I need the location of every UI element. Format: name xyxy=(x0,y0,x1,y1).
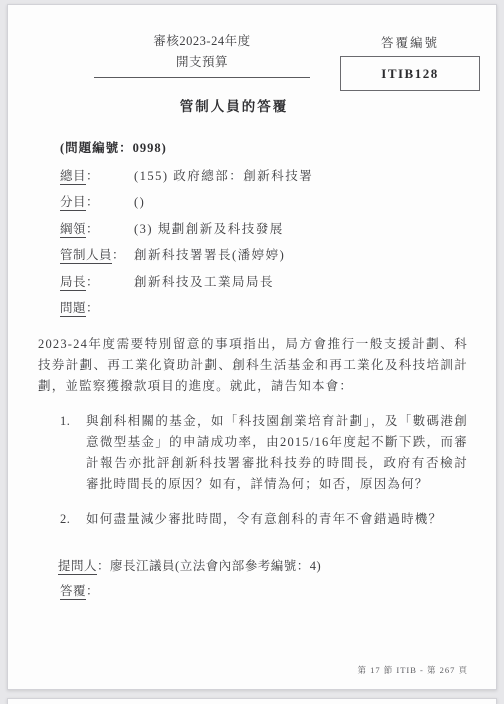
colon: ： xyxy=(86,169,99,183)
exam-title-line1: 審核2023-24年度 xyxy=(94,31,310,52)
document-title: 管制人員的答覆 xyxy=(8,95,460,115)
field-label-subhead: 分目 xyxy=(60,195,86,211)
field-list: 總目： (155) 政府總部：創新科技署 分目： () 綱領： (3) 規劃創新… xyxy=(8,169,496,316)
field-label-head: 總目 xyxy=(60,169,86,185)
asker-value: 廖長江議員(立法會內部參考編號：4) xyxy=(110,559,321,573)
colon: ： xyxy=(86,275,99,289)
question-item-1: 1. 與創科相關的基金，如「科技園創業培育計劃」，及「數碼港創意微型基金」的申請… xyxy=(60,411,468,495)
question-item-2-number: 2. xyxy=(60,509,86,530)
colon: ： xyxy=(97,559,110,573)
question-section-label-row: 問題： xyxy=(8,301,496,315)
field-row-director-of-bureau: 局長： 創新科技及工業局局長 xyxy=(8,275,496,289)
reply-label: 答覆 xyxy=(60,584,86,600)
asker-row: 提問人：廖長江議員(立法會內部參考編號：4) xyxy=(58,557,496,575)
field-row-subhead: 分目： () xyxy=(8,195,496,209)
colon: ： xyxy=(112,248,125,262)
exam-title-line2: 開支預算 xyxy=(94,52,310,73)
field-row-controlling-officer: 管制人員： 創新科技署署長(潘婷婷) xyxy=(8,248,496,262)
field-value-programme: (3) 規劃創新及科技發展 xyxy=(134,222,284,236)
reply-row: 答覆： xyxy=(60,582,496,600)
field-value-subhead: () xyxy=(134,195,145,209)
page-footer: 第 17 節 ITIB - 第 267 頁 xyxy=(358,664,468,676)
field-row-programme: 綱領： (3) 規劃創新及科技發展 xyxy=(8,222,496,236)
question-item-2-text: 如何盡量減少審批時間，令有意創科的青年不會錯過時機？ xyxy=(86,509,442,530)
question-intro-paragraph: 2023-24年度需要特別留意的事項指出，局方會推行一般支援計劃、科技券計劃、再… xyxy=(38,334,468,397)
colon: ： xyxy=(86,195,99,209)
question-number: (問題編號：0998) xyxy=(60,138,496,156)
question-item-1-number: 1. xyxy=(60,411,86,495)
reply-serial-block: 答覆編號 ITIB128 xyxy=(340,35,480,91)
next-page-edge xyxy=(7,698,497,704)
document-header: 審核2023-24年度 開支預算 答覆編號 ITIB128 xyxy=(8,5,496,93)
exam-title-block: 審核2023-24年度 開支預算 xyxy=(94,31,310,78)
field-label-controlling-officer: 管制人員 xyxy=(60,248,112,264)
question-section-label: 問題 xyxy=(60,301,86,317)
field-row-head: 總目： (155) 政府總部：創新科技署 xyxy=(8,169,496,183)
field-label-programme: 綱領 xyxy=(60,222,86,238)
field-label-director-of-bureau: 局長 xyxy=(60,275,86,291)
colon: ： xyxy=(86,301,99,315)
reply-serial-label: 答覆編號 xyxy=(340,35,480,51)
colon: ： xyxy=(86,222,99,236)
question-item-1-text: 與創科相關的基金，如「科技園創業培育計劃」，及「數碼港創意微型基金」的申請成功率… xyxy=(86,411,468,495)
colon: ： xyxy=(86,584,99,598)
document-page: 審核2023-24年度 開支預算 答覆編號 ITIB128 管制人員的答覆 (問… xyxy=(7,4,497,690)
asker-label: 提問人 xyxy=(58,559,97,575)
question-item-2: 2. 如何盡量減少審批時間，令有意創科的青年不會錯過時機？ xyxy=(60,509,468,530)
field-value-controlling-officer: 創新科技署署長(潘婷婷) xyxy=(134,248,285,262)
field-value-director-of-bureau: 創新科技及工業局局長 xyxy=(134,275,274,289)
reply-serial-number-box: ITIB128 xyxy=(340,56,480,91)
field-value-head: (155) 政府總部：創新科技署 xyxy=(134,169,313,183)
